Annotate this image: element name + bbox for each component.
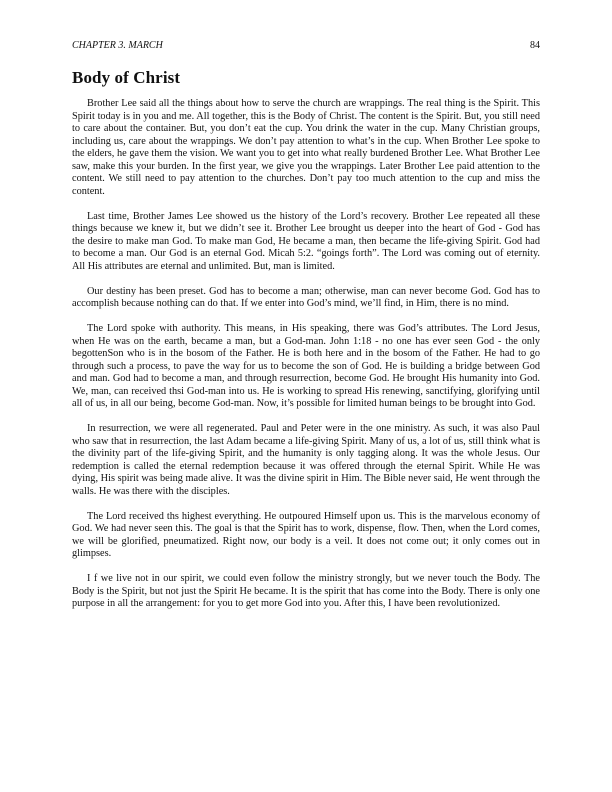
running-header: CHAPTER 3. MARCH 84 [72,40,540,54]
body-text: Brother Lee said all the things about ho… [72,98,540,611]
paragraph: I f we live not in our spirit, we could … [72,573,540,611]
paragraph: Our destiny has been preset. God has to … [72,286,540,311]
paragraph: The Lord received ths highest everything… [72,511,540,561]
paragraph: Brother Lee said all the things about ho… [72,98,540,198]
paragraph: Last time, Brother James Lee showed us t… [72,211,540,274]
chapter-label: CHAPTER 3. MARCH [72,40,163,51]
paragraph: The Lord spoke with authority. This mean… [72,323,540,411]
page-number: 84 [530,40,540,51]
paragraph: In resurrection, we were all regenerated… [72,423,540,498]
section-title: Body of Christ [72,68,540,88]
document-page: CHAPTER 3. MARCH 84 Body of Christ Broth… [72,40,540,623]
